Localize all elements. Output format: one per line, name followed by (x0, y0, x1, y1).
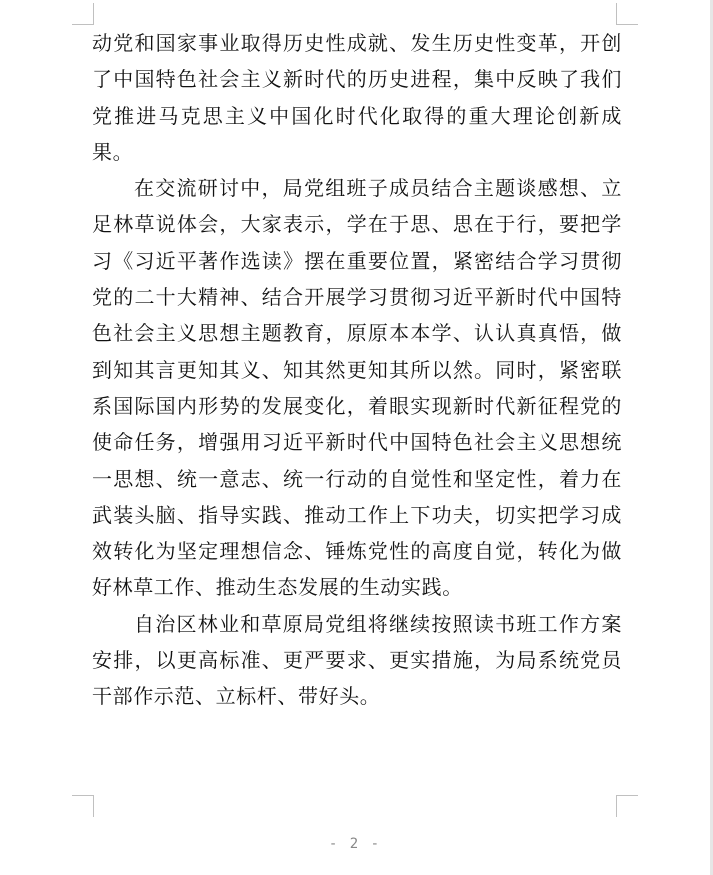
margin-corner-bottom-left (72, 795, 94, 817)
document-body[interactable]: 动党和国家事业取得历史性成就、发生历史性变革，开创了中国特色社会主义新时代的历史… (92, 25, 622, 715)
paragraph-3: 自治区林业和草原局党组将继续按照读书班工作方案安排，以更高标准、更严要求、更实措… (92, 606, 622, 715)
margin-corner-top-right (616, 3, 638, 25)
paragraph-2: 在交流研讨中，局党组班子成员结合主题谈感想、立足林草说体会，大家表示，学在于思、… (92, 170, 622, 606)
margin-corner-top-left (72, 3, 94, 25)
paragraph-1: 动党和国家事业取得历史性成就、发生历史性变革，开创了中国特色社会主义新时代的历史… (92, 25, 622, 170)
margin-corner-bottom-right (616, 795, 638, 817)
document-page: 动党和国家事业取得历史性成就、发生历史性变革，开创了中国特色社会主义新时代的历史… (0, 0, 710, 875)
page-number: - 2 - (0, 836, 710, 852)
